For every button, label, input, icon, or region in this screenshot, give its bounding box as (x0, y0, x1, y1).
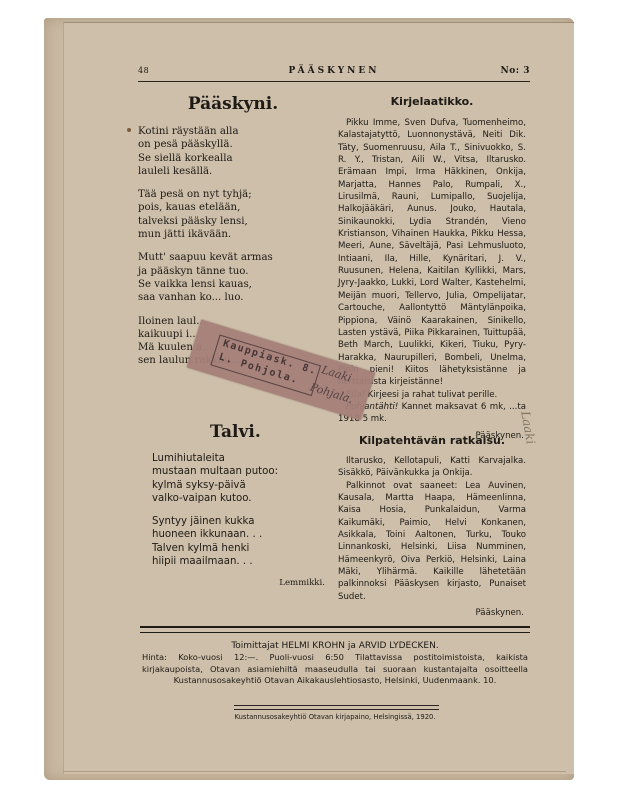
poem-title: Pääskyni. (138, 94, 328, 114)
section-title: Kilpatehtävän ratkaisu. (338, 434, 526, 447)
poem-line: talveksi pääsky lensi, (138, 215, 328, 228)
section-title: Kirjelaatikko. (338, 95, 526, 108)
poem-body: Lumihiutaleitamustaan multaan putoo:kylm… (152, 452, 327, 568)
section-signature: Pääskynen. (338, 608, 524, 618)
section-paragraph: Palkinnot ovat saaneet: Lea Auvinen, Kau… (338, 480, 526, 603)
poem-stanza: Lumihiutaleitamustaan multaan putoo:kylm… (152, 452, 327, 505)
poem-talvi: Talvi. Lumihiutaleitamustaan multaan put… (152, 422, 327, 588)
section-kilpatehtavan-ratkaisu: Kilpatehtävän ratkaisu. Iltarusko, Kello… (338, 434, 526, 618)
issue-number: No: 3 (501, 66, 530, 76)
poem-line: Iloinen laul... (138, 315, 328, 328)
section-paragraph: Pikku Imme, Sven Dufva, Tuomenheimo, Kal… (338, 117, 526, 389)
running-header: 48 PÄÄSKYNEN No: 3 (138, 66, 530, 80)
poem-signature: Lemmikki. (152, 578, 325, 588)
poem-stanza: Mutt' saapuu kevät armasja pääskyn tänne… (138, 251, 328, 304)
pricing-text: Hinta: Koko-vuosi 12:—. Puoli-vuosi 6:50… (140, 652, 530, 686)
poem-line: Kotini räystään alla (138, 125, 328, 138)
editors-line: Toimittajat HELMI KROHN ja ARVID LYDECKE… (140, 641, 530, 652)
poem-line: valko-vaipan kutoo. (152, 492, 327, 505)
header-rule (138, 81, 530, 82)
poem-line: ja pääskyn tänne tuo. (138, 265, 328, 278)
printer-rule (234, 705, 439, 710)
poem-stanza: Tää pesä on nyt tyhjä;pois, kauas etelää… (138, 188, 328, 241)
poem-line: mun jätti ikävään. (138, 228, 328, 241)
poem-line: mustaan multaan putoo: (152, 465, 327, 478)
poem-line: saa vanhan ko... luo. (138, 291, 328, 304)
handwritten-note: Pohjala. (308, 381, 354, 406)
footer-double-rule (140, 626, 530, 633)
poem-line: Se siellä korkealla (138, 152, 328, 165)
publication-info: Toimittajat HELMI KROHN ja ARVID LYDECKE… (140, 641, 530, 687)
poem-line: Tää pesä on nyt tyhjä; (138, 188, 328, 201)
poem-line: Mutt' saapuu kevät armas (138, 251, 328, 264)
poem-line: hiipii maailmaan. . . (152, 555, 327, 568)
section-paragraph: Pohjantähti! Kannet maksavat 6 mk, ...ta… (338, 401, 526, 426)
poem-stanza: Kotini räystään allaon pesä pääskyllä.Se… (138, 125, 328, 178)
printer-line: Kustannusosakeyhtiö Otavan kirjapaino, H… (200, 713, 470, 721)
magazine-title: PÄÄSKYNEN (138, 66, 530, 76)
poem-line: huoneen ikkunaan. . . (152, 528, 327, 541)
magazine-page: 48 PÄÄSKYNEN No: 3 Pääskyni. Kotini räys… (0, 0, 618, 800)
poem-line: Lumihiutaleita (152, 452, 327, 465)
poem-title: Talvi. (152, 422, 327, 442)
poem-line: Se vaikka lensi kauas, (138, 278, 328, 291)
handwritten-note: Laaki (320, 363, 353, 384)
poem-line: kylmä syksy-päivä (152, 479, 327, 492)
poem-line: Talven kylmä henki (152, 542, 327, 555)
poem-line: on pesä pääskyllä. (138, 138, 328, 151)
poem-line: pois, kauas etelään, (138, 201, 328, 214)
poem-stanza: Syntyy jäinen kukkahuoneen ikkunaan. . .… (152, 515, 327, 568)
poem-line: Syntyy jäinen kukka (152, 515, 327, 528)
poem-line: lauleli kesällä. (138, 165, 328, 178)
section-paragraph: Iltarusko, Kellotapuli, Katti Karvajalka… (338, 455, 526, 480)
